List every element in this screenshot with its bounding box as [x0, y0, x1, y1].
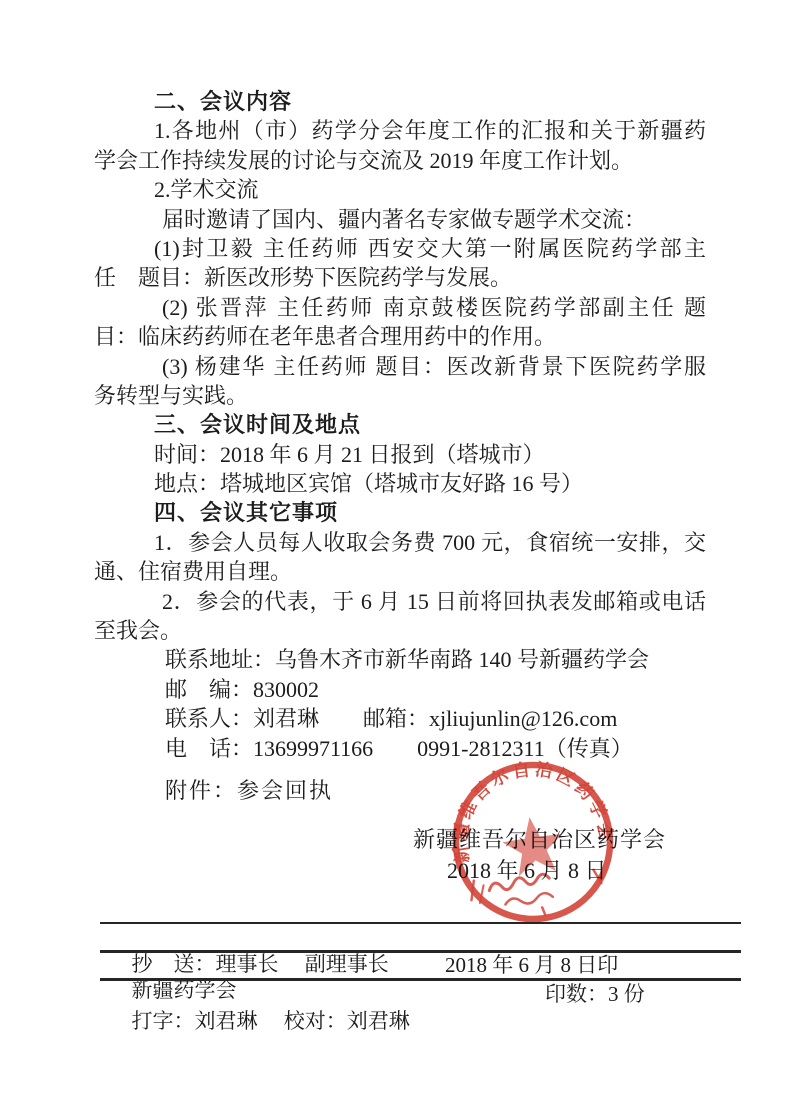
document-line: 时间：2018 年 6 月 21 日报到（塔城市）: [94, 440, 706, 469]
document-line: 联系地址：乌鲁木齐市新华南路 140 号新疆药学会: [94, 645, 706, 674]
star-icon: [499, 813, 567, 878]
footer-issuer-row: 新疆药学会 2018 年 6 月 8 日印: [100, 950, 741, 978]
footer-table: 抄 送：理事长 副理事长 新疆药学会 2018 年 6 月 8 日印 打字：刘君…: [100, 922, 741, 1008]
document-line: 务转型与实践。: [94, 381, 706, 410]
scanned-document-page: 二、会议内容1.各地州（市）药学分会年度工作的汇报和关于新疆药学会工作持续发展的…: [0, 0, 800, 1104]
document-line: 1．参会人员每人收取会务费 700 元，食宿统一安排，交: [94, 528, 706, 557]
document-line: 1.各地州（市）药学分会年度工作的汇报和关于新疆药: [94, 116, 706, 145]
attachment-line: 附件：参会回执: [165, 778, 333, 804]
document-line: 2.学术交流: [94, 175, 706, 204]
document-line: 通、住宿费用自理。: [94, 557, 706, 586]
document-line: 目：临床药药师在老年患者合理用药中的作用。: [94, 322, 706, 351]
document-line: 二、会议内容: [94, 87, 706, 116]
document-line: 联系人：刘君琳 邮箱：xjliujunlin@126.com: [94, 704, 706, 733]
footer-print-date: 2018 年 6 月 8 日印: [445, 953, 618, 978]
document-line: 地点：塔城地区宾馆（塔城市友好路 16 号）: [94, 469, 706, 498]
footer-typist-row: 打字：刘君琳 校对：刘君琳 印数：3 份: [100, 978, 741, 1008]
document-line: 至我会。: [94, 616, 706, 645]
seal-bottom-script: [469, 863, 605, 925]
document-line: 三、会议时间及地点: [94, 410, 706, 439]
document-line: (3) 杨建华 主任药师 题目：医改新背景下医院药学服: [94, 352, 706, 381]
footer-typist: 打字：刘君琳 校对：刘君琳: [132, 1009, 410, 1033]
document-line: (2) 张晋萍 主任药师 南京鼓楼医院药学部副主任 题: [94, 293, 706, 322]
document-line: 四、会议其它事项: [94, 498, 706, 527]
document-line: 邮 编：830002: [94, 675, 706, 704]
official-seal-stamp: 新疆维吾尔自治区药学会: [433, 742, 633, 942]
footer-cc-row: 抄 送：理事长 副理事长: [100, 924, 741, 950]
document-line: 学会工作持续发展的讨论与交流及 2019 年度工作计划。: [94, 146, 706, 175]
document-line: 届时邀请了国内、疆内著名专家做专题学术交流：: [94, 205, 706, 234]
footer-copies: 印数：3 份: [545, 981, 645, 1008]
document-body: 二、会议内容1.各地州（市）药学分会年度工作的汇报和关于新疆药学会工作持续发展的…: [94, 87, 706, 763]
document-line: 任 题目：新医改形势下医院药学与发展。: [94, 263, 706, 292]
document-line: 2．参会的代表，于 6 月 15 日前将回执表发邮箱或电话: [94, 587, 706, 616]
document-line: (1)封卫毅 主任药师 西安交大第一附属医院药学部主: [94, 234, 706, 263]
